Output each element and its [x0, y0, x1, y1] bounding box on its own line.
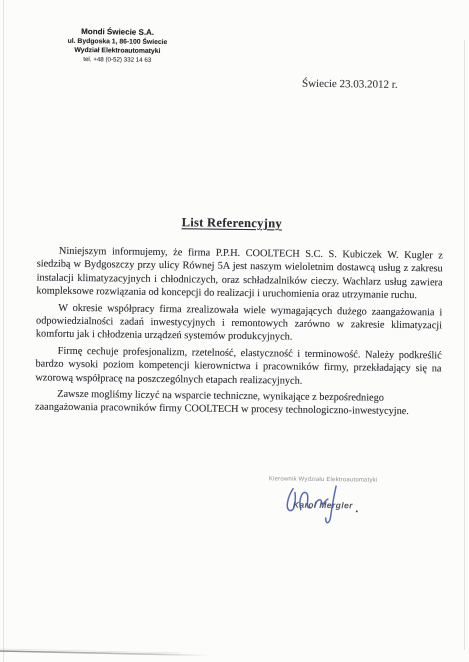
signature-ink-dot [356, 510, 358, 512]
paragraph-2: W okresie współpracy firma zrealizowała … [36, 301, 442, 346]
paragraph-1: Niniejszym informujemy, że firma P.P.H. … [36, 244, 443, 303]
letter-title-text: List Referencyjny [182, 215, 283, 230]
letter-page: Mondi Świecie S.A. ul. Bydgoska 1, 86-10… [0, 0, 469, 662]
letter-title: List Referencyjny [0, 213, 466, 234]
letterhead: Mondi Świecie S.A. ul. Bydgoska 1, 86-10… [51, 27, 183, 66]
date-line: Świecie 23.03.2012 r. [302, 78, 398, 91]
paragraph-3: Firmę cechuje profesjonalizm, rzetelność… [35, 344, 441, 389]
scan-bottom-artifact [0, 644, 260, 662]
signature-block: Kierownik Wydziału Elektroautomatyki Kar… [238, 476, 408, 511]
handwritten-signature [280, 482, 357, 529]
letter-content: Mondi Świecie S.A. ul. Bydgoska 1, 86-10… [0, 0, 469, 662]
paragraph-4: Zawsze mogliśmy liczyć na wsparcie techn… [35, 388, 441, 420]
letterhead-phone: tel. +48 (0-52) 332 14 63 [51, 55, 183, 66]
letter-body: Niniejszym informujemy, że firma P.P.H. … [35, 244, 443, 422]
